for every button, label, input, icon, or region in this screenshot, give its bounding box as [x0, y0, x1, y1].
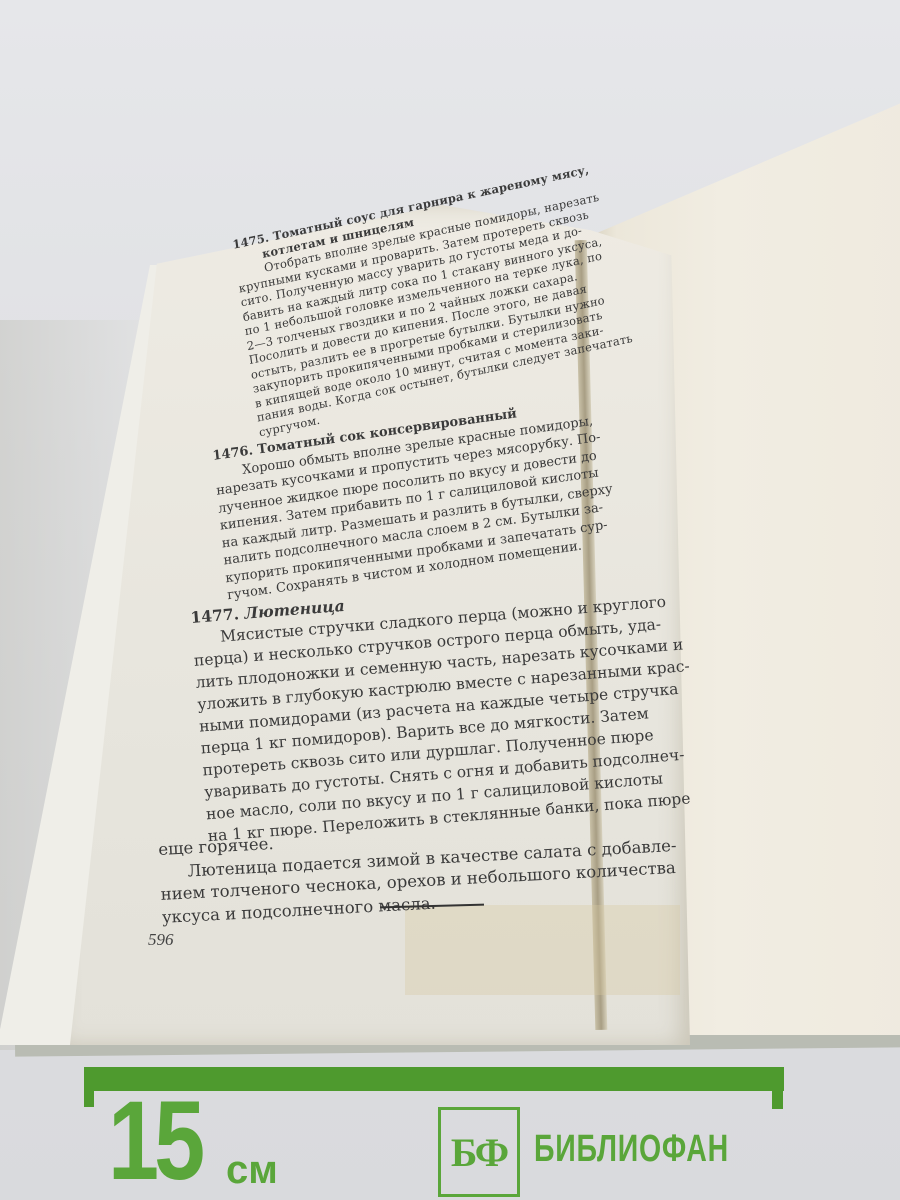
- size-ruler-right-tick: [772, 1067, 783, 1109]
- size-value: 15: [108, 1085, 200, 1197]
- book-logo-icon: БФ: [438, 1107, 520, 1197]
- recipe-1477: 1477. Лютеница Мясистые стручки сладкого…: [190, 571, 701, 851]
- size-ruler-left-tick: [84, 1067, 94, 1107]
- logo-mark: БФ: [451, 1129, 507, 1176]
- brand-name: БИБЛИОФАН: [534, 1128, 729, 1171]
- recipe-number: 1477.: [190, 604, 240, 627]
- size-unit: см: [226, 1150, 278, 1190]
- page-stain: [405, 905, 680, 995]
- page-number: 596: [148, 930, 174, 950]
